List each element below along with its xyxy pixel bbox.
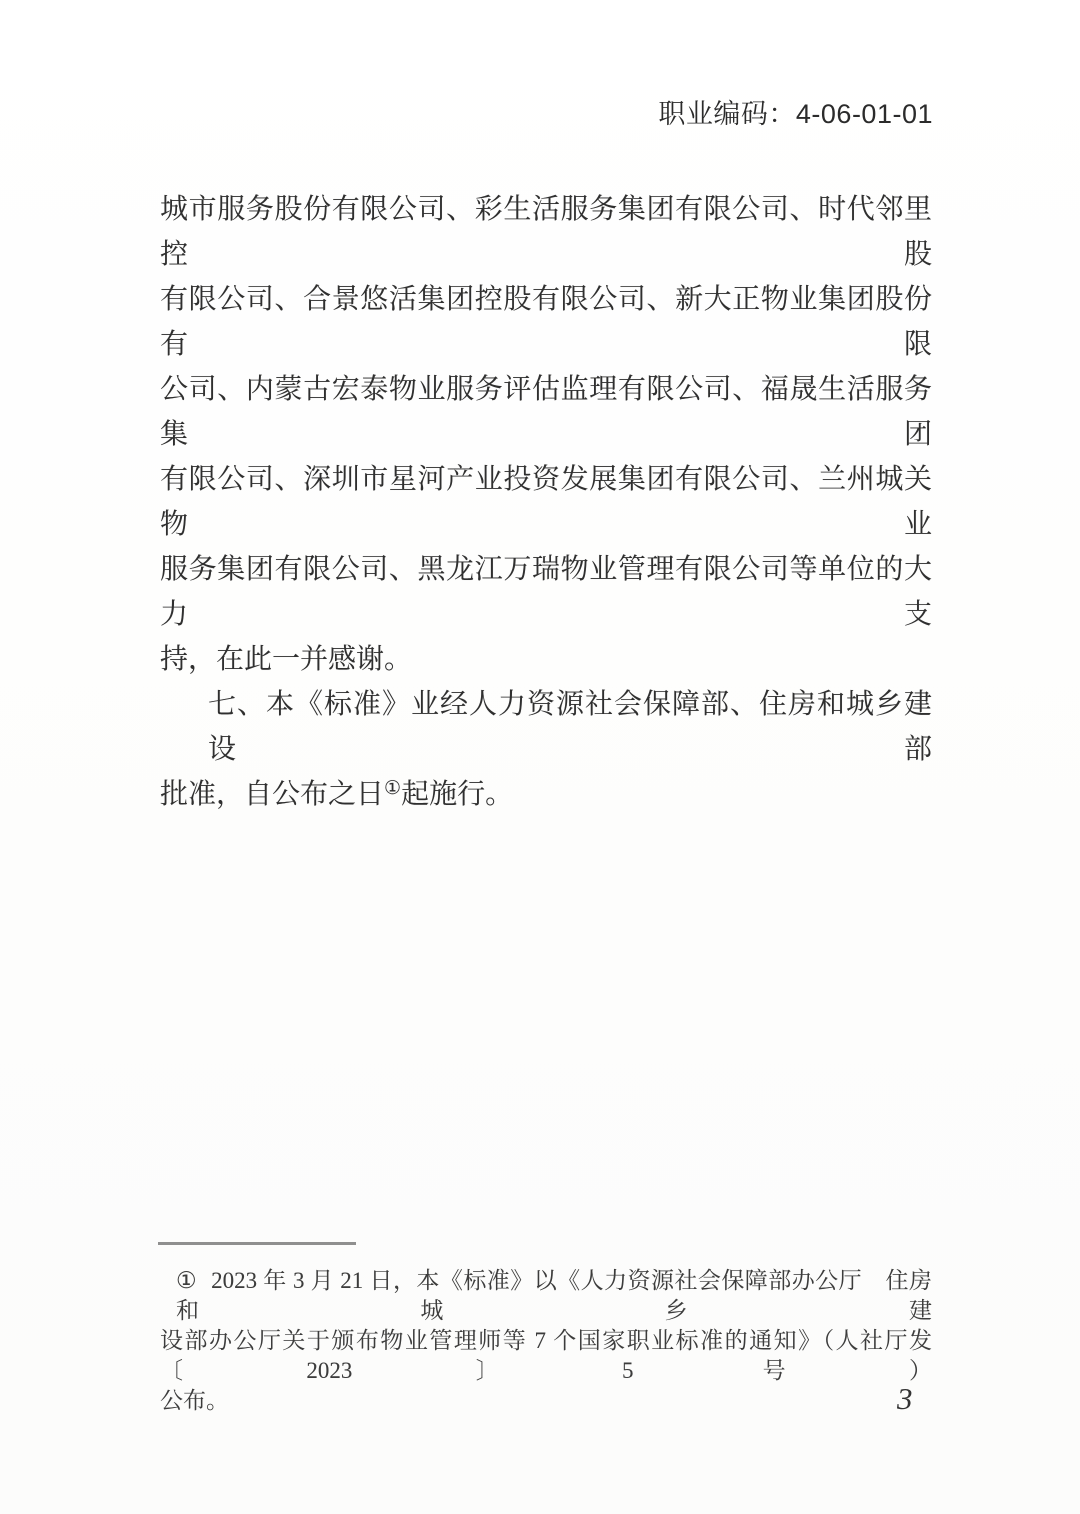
paragraph-line: 服务集团有限公司、黑龙江万瑞物业管理有限公司等单位的大力支 [160, 547, 932, 637]
footnote-marker: ① [176, 1268, 197, 1293]
paragraph-approval: 七、本《标准》业经人力资源社会保障部、住房和城乡建设部 批准，自公布之日①起施行… [160, 682, 932, 820]
footnote: ①2023 年 3 月 21 日，本《标准》以《人力资源社会保障部办公厅 住房和… [160, 1266, 932, 1416]
paragraph-line: 有限公司、合景悠活集团控股有限公司、新大正物业集团股份有限 [160, 277, 932, 367]
body-text: 城市服务股份有限公司、彩生活服务集团有限公司、时代邻里控股 有限公司、合景悠活集… [160, 187, 932, 820]
paragraph-line: 有限公司、深圳市星河产业投资发展集团有限公司、兰州城关物业 [160, 457, 932, 547]
paragraph-line: 批准，自公布之日①起施行。 [160, 772, 932, 820]
footnote-reference-mark: ① [384, 766, 401, 811]
footnote-line: ①2023 年 3 月 21 日，本《标准》以《人力资源社会保障部办公厅 住房和… [160, 1266, 932, 1326]
occupation-code-header: 职业编码：4-06-01-01 [658, 98, 933, 130]
document-page: 职业编码：4-06-01-01 城市服务股份有限公司、彩生活服务集团有限公司、时… [0, 0, 1080, 1514]
paragraph-line: 公司、内蒙古宏泰物业服务评估监理有限公司、福晟生活服务集团 [160, 367, 932, 457]
paragraph-line: 城市服务股份有限公司、彩生活服务集团有限公司、时代邻里控股 [160, 187, 932, 277]
footnote-divider [158, 1242, 356, 1245]
approval-text-pre: 批准，自公布之日 [160, 779, 384, 810]
paragraph-line: 七、本《标准》业经人力资源社会保障部、住房和城乡建设部 [160, 682, 932, 772]
footnote-text: 2023 年 3 月 21 日，本《标准》以《人力资源社会保障部办公厅 住房和城… [176, 1268, 932, 1323]
footnote-line: 设部办公厅关于颁布物业管理师等 7 个国家职业标准的通知》（人社厅发〔2023〕… [160, 1326, 932, 1386]
page-number: 3 [897, 1381, 913, 1417]
paragraph-line: 持，在此一并感谢。 [160, 637, 932, 682]
approval-text-post: 起施行。 [401, 779, 513, 810]
paragraph-acknowledgement: 城市服务股份有限公司、彩生活服务集团有限公司、时代邻里控股 有限公司、合景悠活集… [160, 187, 932, 682]
footnote-line: 公布。 [160, 1386, 932, 1416]
